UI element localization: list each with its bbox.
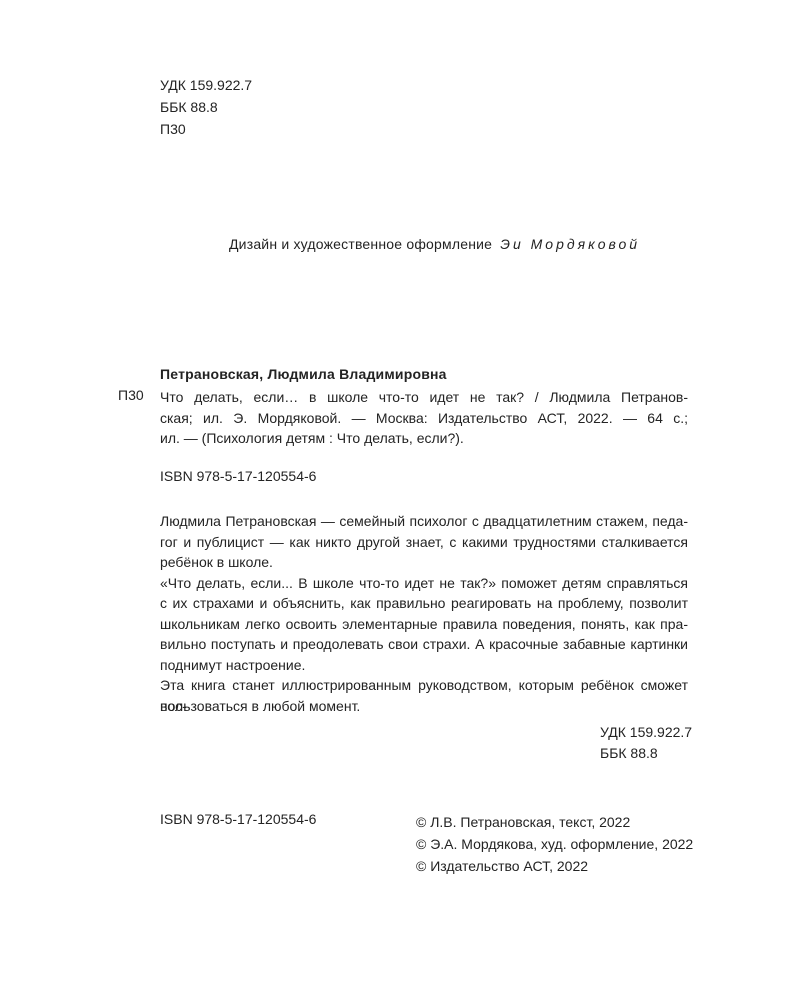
copyright-notices: © Л.В. Петрановская, текст, 2022 © Э.А. …	[416, 811, 693, 877]
bibliographic-author-sign: П30	[118, 387, 144, 403]
designer-name: Эи Мордяковой	[500, 236, 640, 252]
copyright-publisher: © Издательство АСТ, 2022	[416, 855, 693, 877]
bibliographic-line: ская; ил. Э. Мордяковой. — Москва: Издат…	[160, 408, 688, 429]
annotation-line: с их страхами и объяснить, как правильно…	[160, 593, 688, 614]
annotation-line: Людмила Петрановская — семейный психолог…	[160, 511, 688, 532]
design-credit-prefix: Дизайн и художественное оформление	[229, 236, 492, 252]
design-credit: Дизайн и художественное оформление Эи Мо…	[229, 236, 640, 252]
classification-codes-bottom: УДК 159.922.7 ББК 88.8	[600, 722, 692, 764]
udk-code: УДК 159.922.7	[160, 74, 252, 96]
bbk-code: ББК 88.8	[160, 96, 252, 118]
annotation-line: Эта книга станет иллюстрированным руково…	[160, 675, 688, 696]
isbn-top: ISBN 978-5-17-120554-6	[160, 468, 316, 484]
annotation-line: пользоваться в любой момент.	[160, 696, 688, 717]
bibliographic-entry: Что делать, если… в школе что-то идет не…	[160, 387, 688, 449]
author-sign: П30	[160, 118, 252, 140]
annotation-line: «Что делать, если... В школе что-то идет…	[160, 573, 688, 594]
bbk-code: ББК 88.8	[600, 743, 692, 764]
copyright-text: © Л.В. Петрановская, текст, 2022	[416, 811, 693, 833]
bibliographic-author: Петрановская, Людмила Владимировна	[160, 366, 447, 382]
udk-code: УДК 159.922.7	[600, 722, 692, 743]
classification-codes-top: УДК 159.922.7 ББК 88.8 П30	[160, 74, 252, 140]
annotation-line: вильно поступать и преодолевать свои стр…	[160, 634, 688, 655]
annotation-line: поднимут настроение.	[160, 655, 688, 676]
annotation: Людмила Петрановская — семейный психолог…	[160, 511, 688, 716]
annotation-line: ребёнок в школе.	[160, 552, 688, 573]
copyright-illustrations: © Э.А. Мордякова, худ. оформление, 2022	[416, 833, 693, 855]
annotation-line: гог и публицист — как никто другой знает…	[160, 532, 688, 553]
bibliographic-line: Что делать, если… в школе что-то идет не…	[160, 387, 688, 408]
bibliographic-line: ил. — (Психология детям : Что делать, ес…	[160, 428, 688, 449]
annotation-line: школьникам легко освоить элементарные пр…	[160, 614, 688, 635]
isbn-bottom: ISBN 978-5-17-120554-6	[160, 811, 316, 827]
